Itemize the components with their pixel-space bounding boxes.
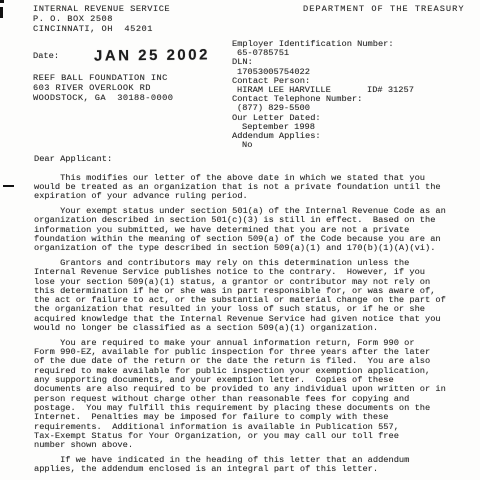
sender-line-city: CINCINNATI, OH 45201: [33, 24, 170, 34]
ref-item-ein: Employer Identification Number: 65-07857…: [232, 40, 394, 58]
date-label: Date:: [33, 51, 59, 61]
scanned-irs-letter: INTERNAL REVENUE SERVICE P. O. BOX 2508 …: [0, 0, 480, 480]
recipient-line-city: WOODSTOCK, GA 30188-0000: [33, 93, 173, 103]
addendum-applies-value: No: [232, 141, 394, 150]
reference-info-block: Employer Identification Number: 65-07857…: [232, 40, 394, 150]
paragraph-public-inspection: You are required to make your annual inf…: [34, 339, 472, 451]
scan-artifact-edge-tick: [0, 7, 3, 18]
salutation: Dear Applicant:: [34, 155, 472, 164]
paragraph-modifies-letter: This modifies our letter of the above da…: [34, 174, 472, 202]
paragraph-addendum: If we have indicated in the heading of t…: [34, 456, 472, 475]
contact-person-id: ID# 31257: [367, 86, 414, 95]
ref-item-contact-person: Contact Person: HIRAM LEE HARVILLEID# 31…: [232, 77, 394, 95]
sender-address-block: INTERNAL REVENUE SERVICE P. O. BOX 2508 …: [33, 4, 170, 34]
ref-item-letter-dated: Our Letter Dated: September 1998: [232, 114, 394, 132]
paragraph-exempt-status: Your exempt status under section 501(a) …: [34, 207, 472, 253]
addendum-applies-label: Addendum Applies:: [232, 132, 394, 141]
recipient-line-name: REEF BALL FOUNDATION INC: [33, 73, 173, 83]
letter-body: Dear Applicant: This modifies our letter…: [34, 155, 472, 475]
paragraph-grantors-contributors: Grantors and contributors may rely on th…: [34, 259, 472, 333]
recipient-line-street: 603 RIVER OVERLOOK RD: [33, 83, 173, 93]
contact-person-value: HIRAM LEE HARVILLEID# 31257: [232, 86, 394, 95]
ein-value: 65-0785751: [232, 49, 394, 58]
department-of-treasury-header: DEPARTMENT OF THE TREASURY: [303, 4, 465, 14]
sender-line-pobox: P. O. BOX 2508: [33, 14, 170, 24]
scan-artifact-left-dash: [3, 185, 14, 187]
sender-line-agency: INTERNAL REVENUE SERVICE: [33, 4, 170, 14]
contact-person-name: HIRAM LEE HARVILLE: [237, 85, 331, 95]
recipient-address-block: REEF BALL FOUNDATION INC 603 RIVER OVERL…: [33, 73, 173, 103]
ref-item-contact-phone: Contact Telephone Number: (877) 829-5500: [232, 95, 394, 113]
ref-item-dln: DLN: 17053005754022: [232, 58, 394, 76]
scan-artifact-corner-mark: [0, 0, 4, 3]
date-stamp: JAN 25 2002: [94, 46, 210, 64]
ref-item-addendum-applies: Addendum Applies: No: [232, 132, 394, 150]
